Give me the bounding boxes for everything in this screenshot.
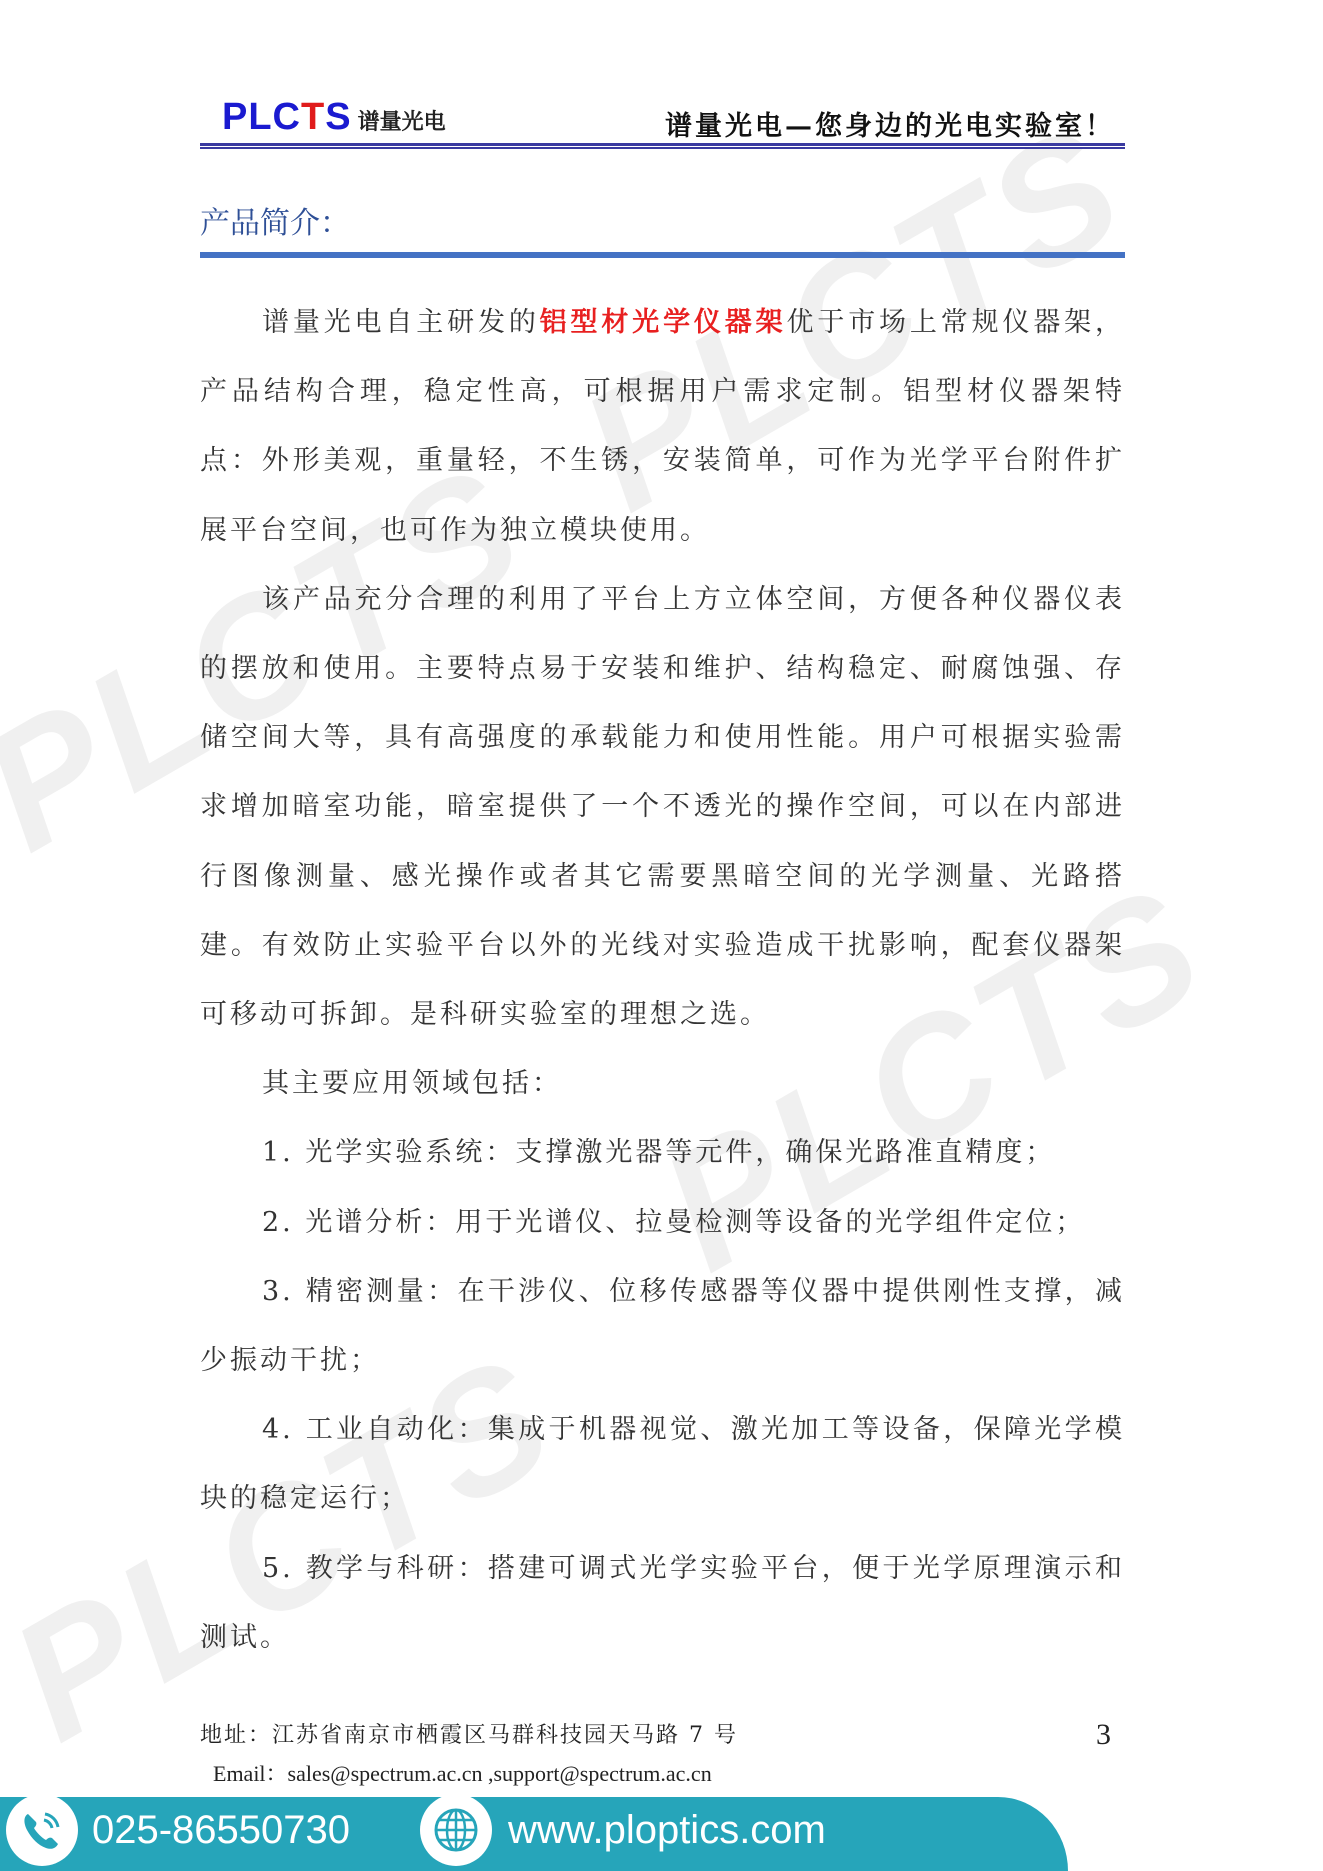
application-item: 5. 教学与科研：搭建可调式光学实验平台，便于光学原理演示和测试。 [200, 1534, 1125, 1672]
product-name-highlight: 铝型材光学仪器架 [540, 307, 787, 338]
website-link[interactable]: www.ploptics.com [508, 1808, 826, 1853]
section-divider [200, 252, 1125, 258]
phone-icon [6, 1794, 78, 1866]
paragraph-intro: 谱量光电自主研发的铝型材光学仪器架优于市场上常规仪器架，产品结构合理，稳定性高，… [200, 288, 1125, 565]
phone-number[interactable]: 025-86550730 [92, 1808, 350, 1853]
logo-chinese-name: 谱量光电 [358, 105, 446, 136]
footer-email[interactable]: Email：sales@spectrum.ac.cn ,support@spec… [213, 1757, 712, 1788]
globe-icon [420, 1794, 492, 1866]
document-body: 谱量光电自主研发的铝型材光学仪器架优于市场上常规仪器架，产品结构合理，稳定性高，… [200, 288, 1125, 1672]
header-rule [200, 143, 1125, 150]
logo-mark: PLCTS [222, 96, 352, 139]
footer-contact-band: 025-86550730 www.ploptics.com [0, 1797, 1068, 1871]
section-title: 产品简介： [200, 198, 350, 242]
application-item: 3. 精密测量：在干涉仪、位移传感器等仪器中提供刚性支撑，减少振动干扰； [200, 1257, 1125, 1395]
applications-intro: 其主要应用领域包括： [200, 1049, 1125, 1118]
footer-address: 地址：江苏省南京市栖霞区马群科技园天马路 7 号 [200, 1718, 738, 1749]
application-item: 2. 光谱分析：用于光谱仪、拉曼检测等设备的光学组件定位； [200, 1188, 1125, 1257]
header-slogan: 谱量光电—您身边的光电实验室！ [665, 104, 1115, 143]
application-item: 1. 光学实验系统：支撑激光器等元件，确保光路准直精度； [200, 1118, 1125, 1187]
company-logo: PLCTS 谱量光电 [222, 96, 446, 139]
page-number: 3 [1096, 1718, 1111, 1752]
paragraph-features: 该产品充分合理的利用了平台上方立体空间，方便各种仪器仪表的摆放和使用。主要特点易… [200, 565, 1125, 1049]
application-item: 4. 工业自动化：集成于机器视觉、激光加工等设备，保障光学模块的稳定运行； [200, 1395, 1125, 1533]
